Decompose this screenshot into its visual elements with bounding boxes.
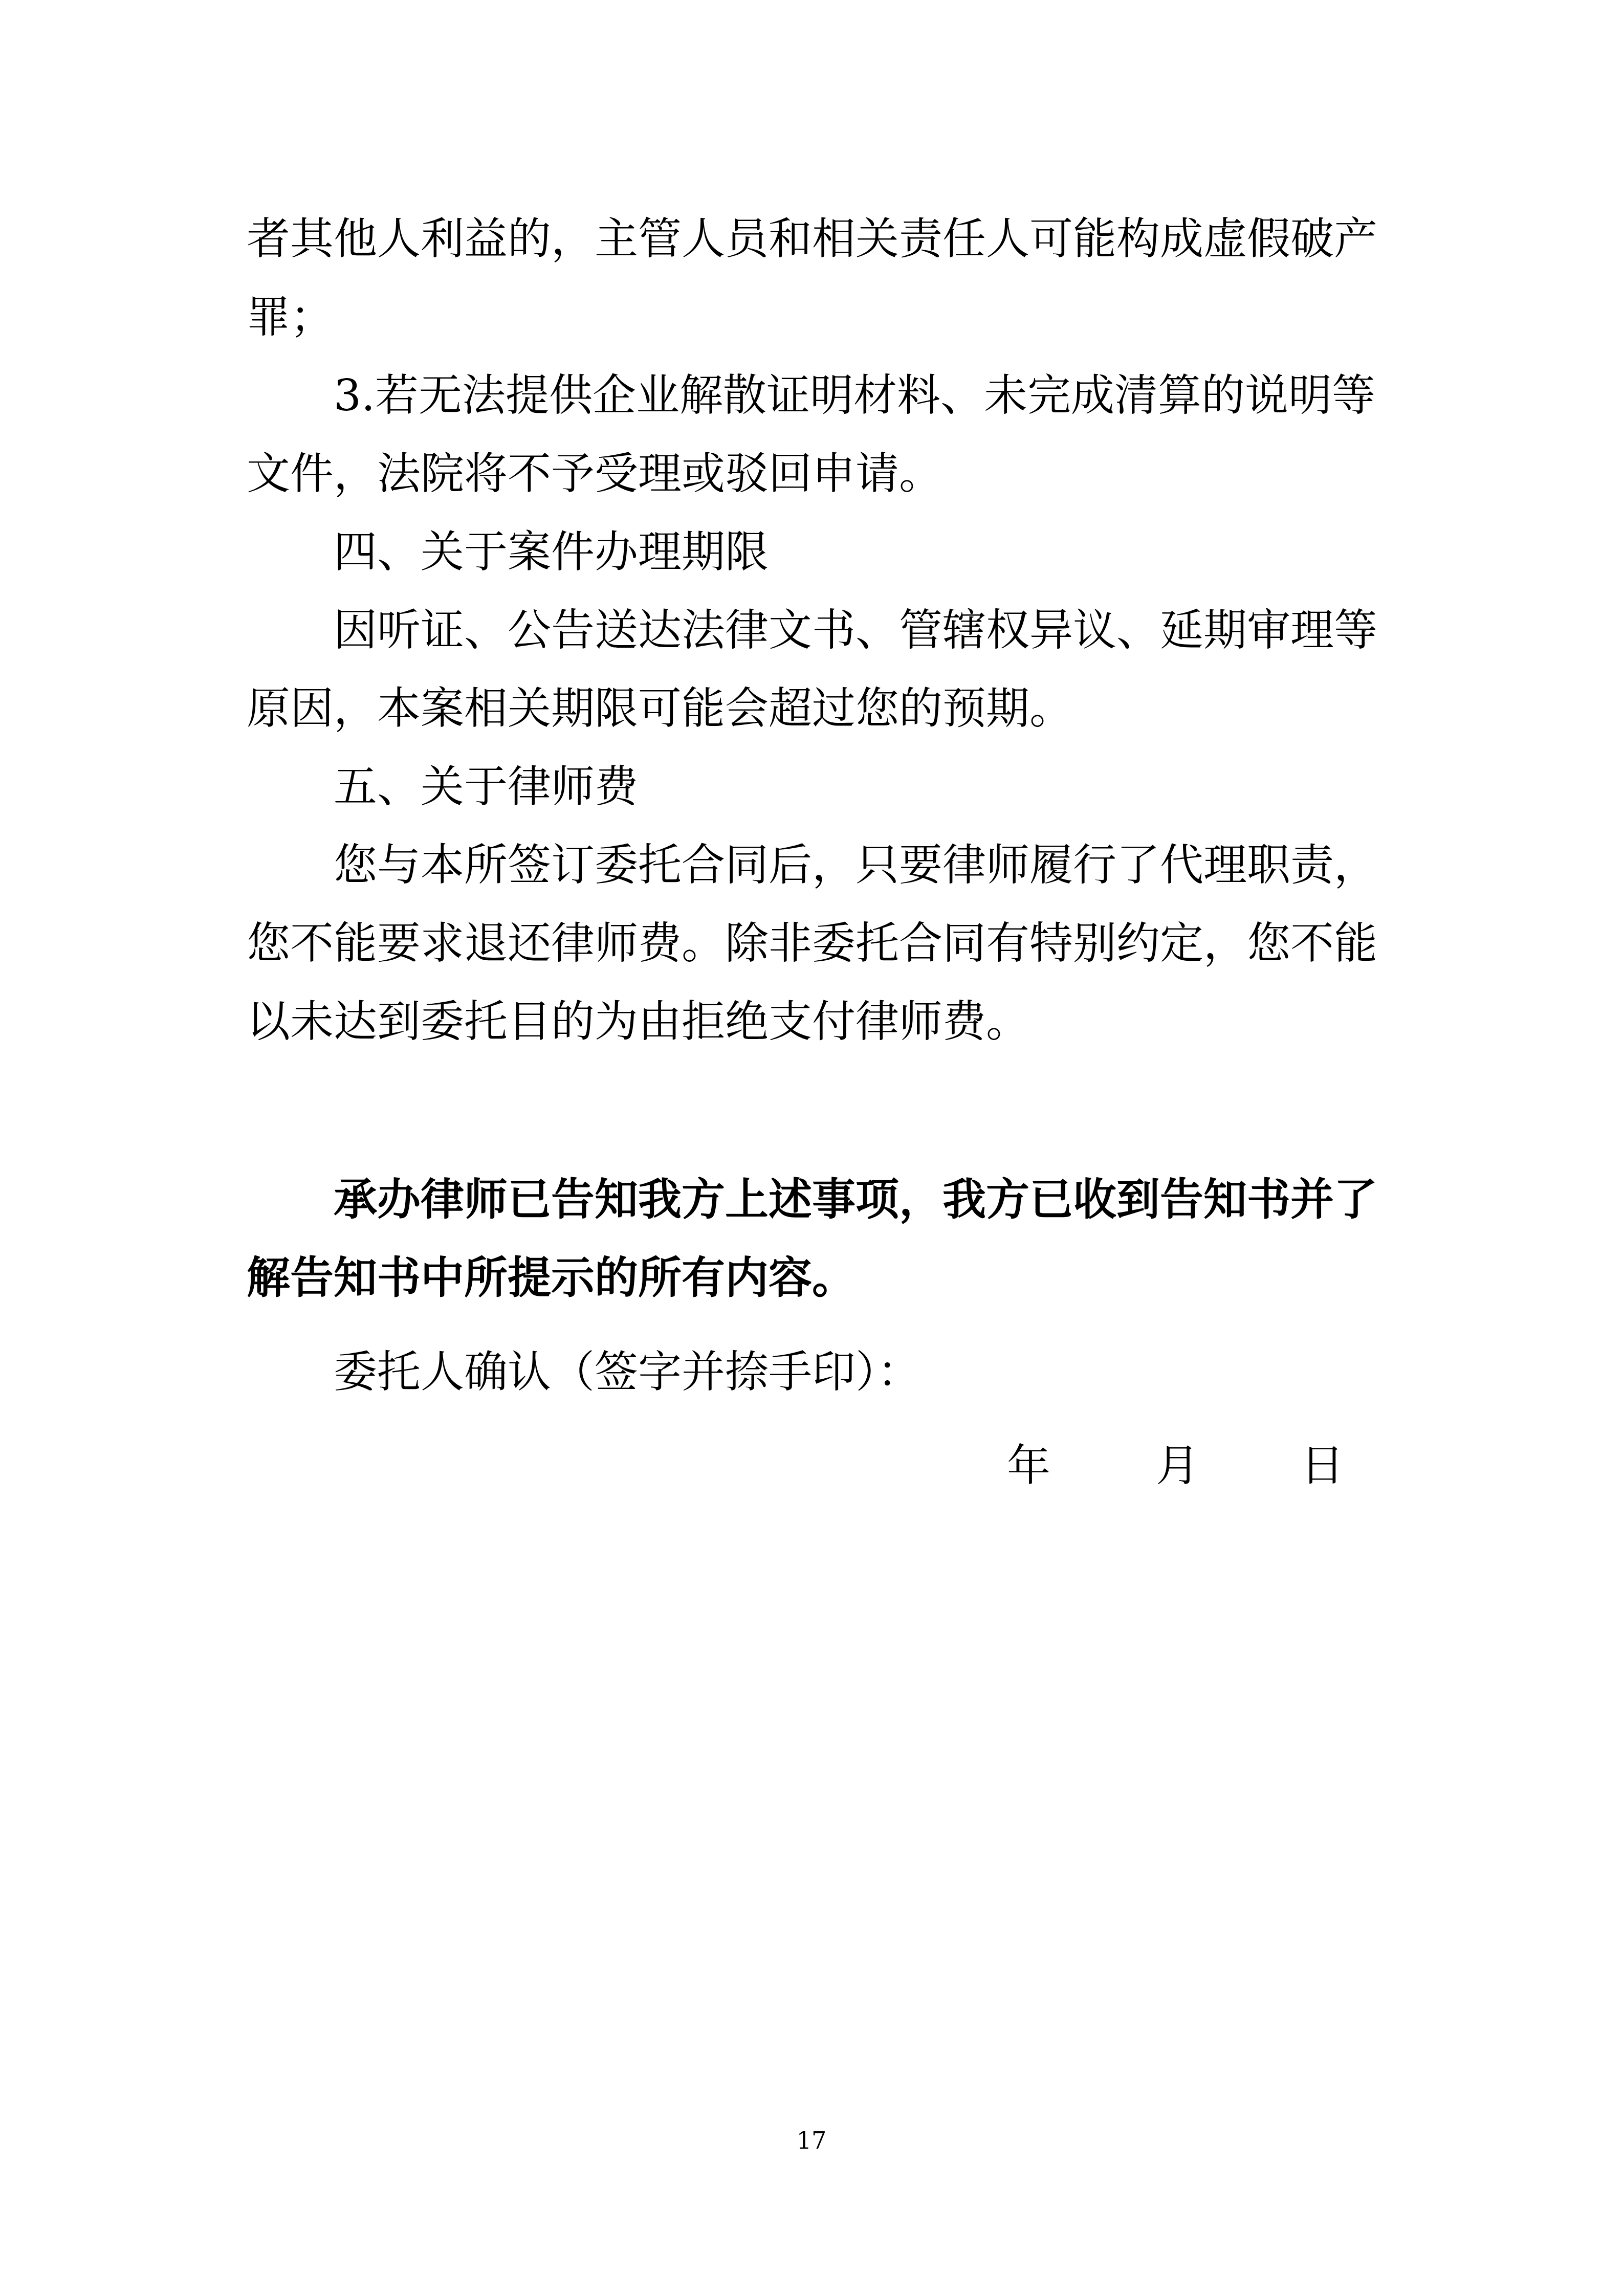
document-page: 者其他人利益的，主管人员和相关责任人可能构成虚假破产 罪； 3.若无法提供企业解… — [0, 0, 1623, 2296]
page-number: 17 — [0, 2127, 1623, 2154]
document-body: 者其他人利益的，主管人员和相关责任人可能构成虚假破产 罪； 3.若无法提供企业解… — [247, 200, 1377, 1505]
confirmation-statement: 承办律师已告知我方上述事项，我方已收到告知书并了 — [247, 1161, 1377, 1239]
confirmation-statement: 解告知书中所提示的所有内容。 — [247, 1239, 1377, 1317]
body-line: 您与本所签订委托合同后，只要律师履行了代理职责， — [247, 826, 1377, 904]
body-line: 者其他人利益的，主管人员和相关责任人可能构成虚假破产 — [247, 200, 1377, 278]
body-line: 因听证、公告送达法律文书、管辖权异议、延期审理等 — [247, 591, 1377, 670]
body-line: 3.若无法提供企业解散证明材料、未完成清算的说明等 — [247, 357, 1377, 435]
date-day-label: 日 — [1301, 1427, 1344, 1505]
section-heading-4: 四、关于案件办理期限 — [247, 513, 1377, 591]
body-line: 原因，本案相关期限可能会超过您的预期。 — [247, 670, 1377, 748]
body-line: 罪； — [247, 278, 1377, 357]
date-month-label: 月 — [1156, 1427, 1199, 1505]
date-line: 年 月 日 — [247, 1427, 1377, 1505]
body-line: 文件，法院将不予受理或驳回申请。 — [247, 435, 1377, 513]
section-heading-5: 五、关于律师费 — [247, 748, 1377, 826]
body-line: 您不能要求退还律师费。除非委托合同有特别约定，您不能 — [247, 904, 1377, 983]
body-line: 以未达到委托目的为由拒绝支付律师费。 — [247, 983, 1377, 1061]
date-year-label: 年 — [1007, 1427, 1050, 1505]
signature-label: 委托人确认（签字并捺手印）： — [247, 1333, 1377, 1411]
